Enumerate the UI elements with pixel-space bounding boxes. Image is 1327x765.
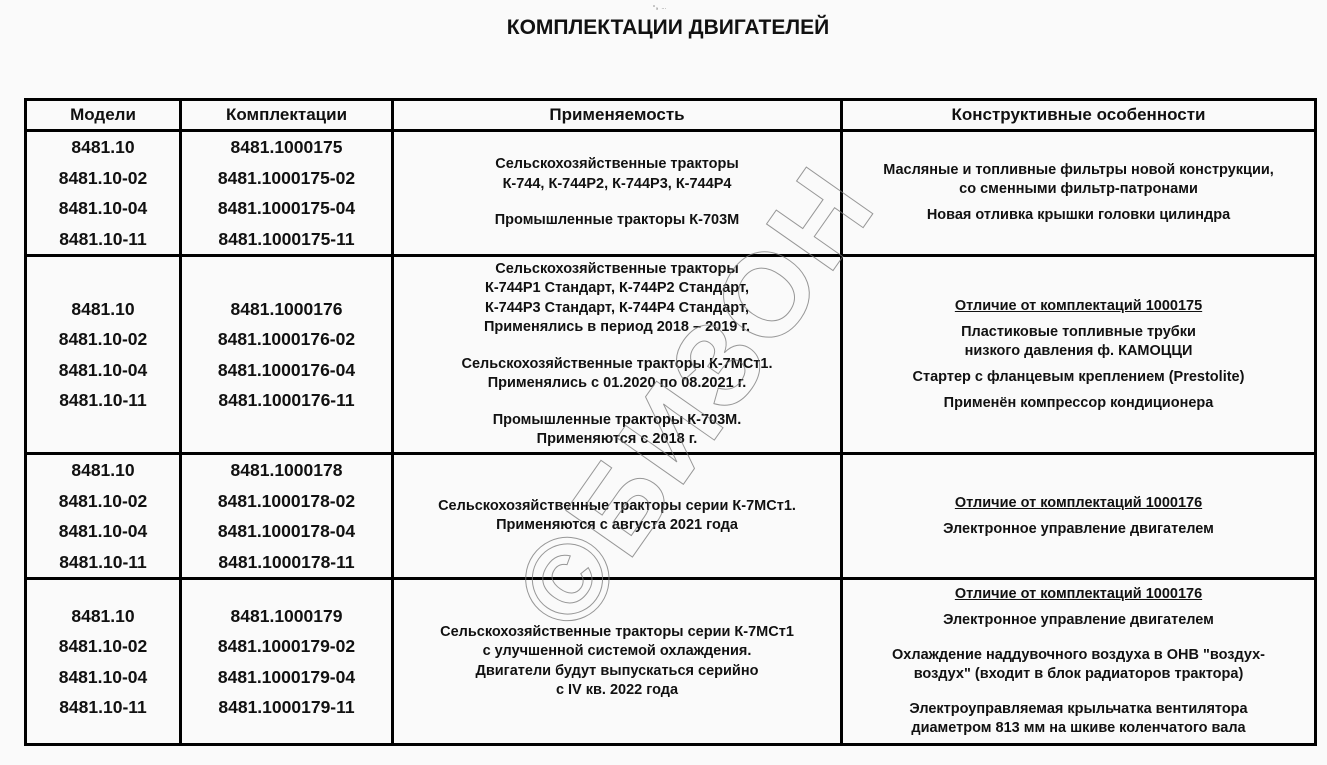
feature-line: Электронное управление двигателем (843, 520, 1314, 539)
applicability-line: Промышленные тракторы К-703М. (394, 411, 840, 431)
feature-line: воздух" (входит в блок радиаторов тракто… (843, 665, 1314, 684)
configuration-code: 8481.1000179 (182, 601, 391, 632)
applicability-line: Сельскохозяйственные тракторы (394, 260, 840, 280)
applicability-line: Применяются с 2018 г. (394, 430, 840, 450)
configuration-code: 8481.1000176-02 (182, 324, 391, 355)
applicability-line: с IV кв. 2022 года (394, 681, 840, 701)
configuration-code: 8481.1000179-02 (182, 631, 391, 662)
feature-line: Электронное управление двигателем (843, 611, 1314, 630)
applicability-line: Сельскохозяйственные тракторы серии К-7М… (394, 497, 840, 517)
configuration-code: 8481.1000178-11 (182, 547, 391, 578)
model-code: 8481.10-11 (27, 224, 179, 255)
page-title: КОМПЛЕКТАЦИИ ДВИГАТЕЛЕЙ (0, 16, 1327, 40)
features-heading: Отличие от комплектаций 1000176 (843, 494, 1314, 513)
model-code: 8481.10-04 (27, 662, 179, 693)
model-code: 8481.10-04 (27, 355, 179, 386)
features-cell: Отличие от комплектаций 1000176Электронн… (842, 579, 1316, 745)
feature-line: Применён компрессор кондиционера (843, 394, 1314, 413)
column-header-applicability: Применяемость (393, 100, 842, 131)
applicability-cell: Сельскохозяйственные тракторыК-744, К-74… (393, 131, 842, 256)
applicability-cell: Сельскохозяйственные тракторы серии К-7М… (393, 454, 842, 579)
model-code: 8481.10-11 (27, 385, 179, 416)
applicability-line: К-744, К-744Р2, К-744Р3, К-744Р4 (394, 175, 840, 195)
model-code: 8481.10-02 (27, 631, 179, 662)
feature-line: Электроуправляемая крыльчатка вентилятор… (843, 700, 1314, 719)
configuration-code: 8481.1000175-11 (182, 224, 391, 255)
models-cell: 8481.108481.10-028481.10-048481.10-11 (26, 256, 181, 454)
column-header-models: Модели (26, 100, 181, 131)
feature-line: Масляные и топливные фильтры новой конст… (843, 161, 1314, 180)
applicability-line: Применялись с 01.2020 по 08.2021 г. (394, 374, 840, 394)
configuration-code: 8481.1000176-04 (182, 355, 391, 386)
model-code: 8481.10-04 (27, 193, 179, 224)
column-header-features: Конструктивные особенности (842, 100, 1316, 131)
models-cell: 8481.108481.10-028481.10-048481.10-11 (26, 454, 181, 579)
model-code: 8481.10-02 (27, 163, 179, 194)
configurations-cell: 8481.10001768481.1000176-028481.1000176-… (181, 256, 393, 454)
model-code: 8481.10-02 (27, 486, 179, 517)
model-code: 8481.10 (27, 132, 179, 163)
configurations-cell: 8481.10001788481.1000178-028481.1000178-… (181, 454, 393, 579)
features-cell: Отличие от комплектаций 1000176Электронн… (842, 454, 1316, 579)
configuration-code: 8481.1000178-02 (182, 486, 391, 517)
feature-line: Охлаждение наддувочного воздуха в ОНВ "в… (843, 646, 1314, 665)
configuration-code: 8481.1000179-04 (182, 662, 391, 693)
model-code: 8481.10 (27, 601, 179, 632)
feature-line: Стартер с фланцевым креплением (Prestoli… (843, 368, 1314, 387)
model-code: 8481.10-11 (27, 547, 179, 578)
models-cell: 8481.108481.10-028481.10-048481.10-11 (26, 131, 181, 256)
column-header-configurations: Комплектации (181, 100, 393, 131)
applicability-line: с улучшенной системой охлаждения. (394, 642, 840, 662)
features-cell: Масляные и топливные фильтры новой конст… (842, 131, 1316, 256)
applicability-line: Сельскохозяйственные тракторы серии К-7М… (394, 623, 840, 643)
configuration-code: 8481.1000175 (182, 132, 391, 163)
feature-line: низкого давления ф. КАМОЦЦИ (843, 342, 1314, 361)
table-row: 8481.108481.10-028481.10-048481.10-11848… (26, 256, 1316, 454)
applicability-line: Двигатели будут выпускаться серийно (394, 662, 840, 682)
feature-line: Новая отливка крышки головки цилиндра (843, 206, 1314, 225)
feature-line: диаметром 813 мм на шкиве коленчатого ва… (843, 719, 1314, 738)
configuration-code: 8481.1000178-04 (182, 516, 391, 547)
table-row: 8481.108481.10-028481.10-048481.10-11848… (26, 579, 1316, 745)
applicability-cell: Сельскохозяйственные тракторыК-744Р1 Ста… (393, 256, 842, 454)
feature-line: Пластиковые топливные трубки (843, 323, 1314, 342)
configuration-code: 8481.1000179-11 (182, 692, 391, 723)
table-row: 8481.108481.10-028481.10-048481.10-11848… (26, 454, 1316, 579)
features-heading: Отличие от комплектаций 1000175 (843, 297, 1314, 316)
model-code: 8481.10-02 (27, 324, 179, 355)
feature-line: со сменными фильтр-патронами (843, 180, 1314, 199)
applicability-cell: Сельскохозяйственные тракторы серии К-7М… (393, 579, 842, 745)
configuration-code: 8481.1000175-02 (182, 163, 391, 194)
model-code: 8481.10 (27, 294, 179, 325)
header-mark: °ₐ … (653, 5, 667, 11)
features-cell: Отличие от комплектаций 1000175Пластиков… (842, 256, 1316, 454)
configuration-code: 8481.1000176-11 (182, 385, 391, 416)
configurations-cell: 8481.10001798481.1000179-028481.1000179-… (181, 579, 393, 745)
configuration-code: 8481.1000176 (182, 294, 391, 325)
applicability-line: К-744Р3 Стандарт, К-744Р4 Стандарт, (394, 299, 840, 319)
configuration-code: 8481.1000178 (182, 455, 391, 486)
table-row: 8481.108481.10-028481.10-048481.10-11848… (26, 131, 1316, 256)
applicability-line: Сельскохозяйственные тракторы К-7МСт1. (394, 355, 840, 375)
model-code: 8481.10 (27, 455, 179, 486)
engine-configurations-table: Модели Комплектации Применяемость Констр… (24, 98, 1317, 746)
models-cell: 8481.108481.10-028481.10-048481.10-11 (26, 579, 181, 745)
applicability-line: Применялись в период 2018 – 2019 г. (394, 318, 840, 338)
model-code: 8481.10-04 (27, 516, 179, 547)
model-code: 8481.10-11 (27, 692, 179, 723)
applicability-line: Сельскохозяйственные тракторы (394, 155, 840, 175)
configurations-cell: 8481.10001758481.1000175-028481.1000175-… (181, 131, 393, 256)
applicability-line: К-744Р1 Стандарт, К-744Р2 Стандарт, (394, 279, 840, 299)
configuration-code: 8481.1000175-04 (182, 193, 391, 224)
table-header-row: Модели Комплектации Применяемость Констр… (26, 100, 1316, 131)
applicability-line: Промышленные тракторы К-703М (394, 211, 840, 231)
applicability-line: Применяются с августа 2021 года (394, 516, 840, 536)
features-heading: Отличие от комплектаций 1000176 (843, 585, 1314, 604)
